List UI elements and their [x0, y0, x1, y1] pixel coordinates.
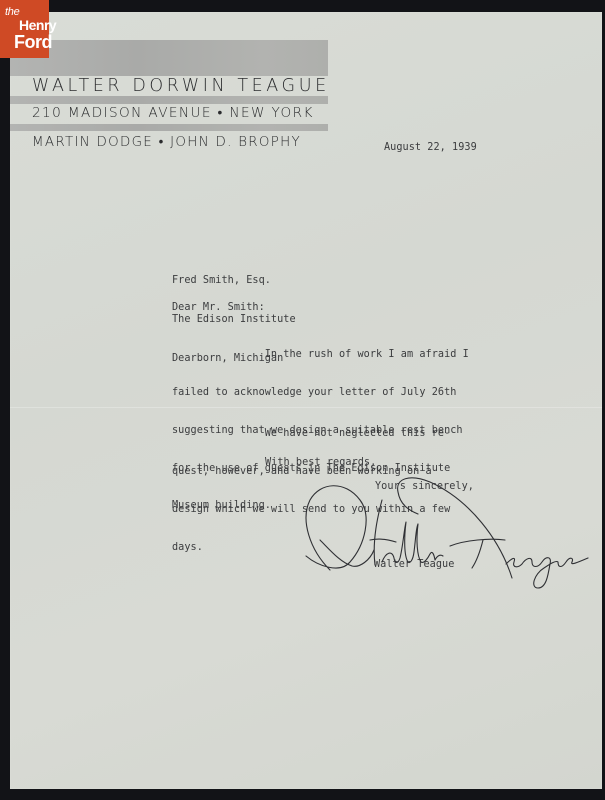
handwritten-signature-icon: Walter Teague	[300, 470, 590, 590]
paragraph-line: failed to acknowledge your letter of Jul…	[172, 387, 469, 400]
logo-the: the	[5, 7, 19, 18]
logo-ford: Ford	[14, 33, 52, 51]
letter-date: August 22, 1939	[384, 142, 477, 155]
letterhead: WALTER DORWIN TEAGUE 210 MADISON AVENUE …	[10, 40, 328, 155]
salutation: Dear Mr. Smith:	[172, 302, 265, 315]
letterhead-band	[10, 40, 328, 76]
henry-ford-logo: the Henry Ford	[0, 0, 49, 58]
letterhead-band	[10, 96, 328, 104]
recipient-line: Fred Smith, Esq.	[172, 274, 296, 287]
logo-henry: Henry	[19, 18, 56, 32]
paragraph-line: In the rush of work I am afraid I	[172, 349, 469, 362]
closing: With best regards,	[265, 457, 376, 470]
paragraph-line: We have not neglected this re-	[172, 428, 450, 441]
letterhead-name: WALTER DORWIN TEAGUE	[32, 76, 330, 96]
letterhead-address: 210 MADISON AVENUE • NEW YORK	[32, 105, 314, 121]
letterhead-band	[10, 124, 328, 131]
letterhead-associates: MARTIN DODGE • JOHN D. BROPHY	[32, 134, 301, 150]
